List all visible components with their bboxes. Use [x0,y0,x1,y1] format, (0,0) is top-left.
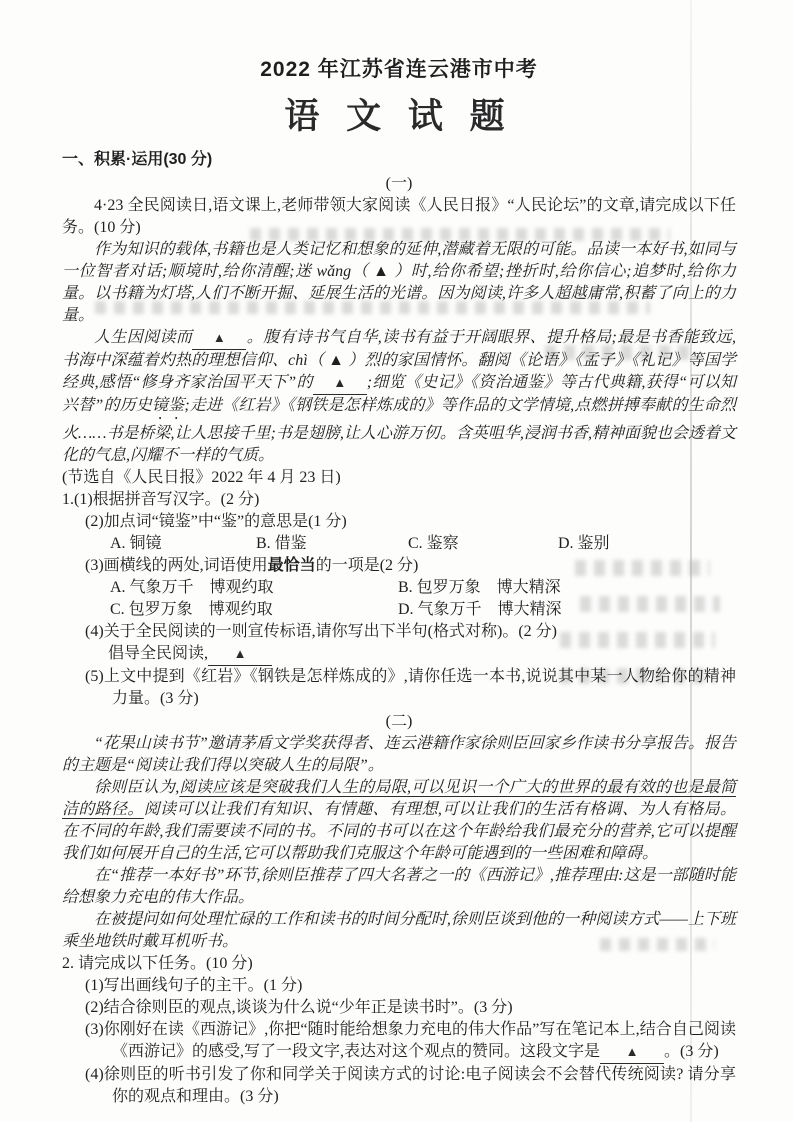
part-two-label: (二) [62,710,736,733]
passage-text: 人生因阅读而 [94,329,192,346]
passage-paragraph-3: “花果山读书节”邀请茅盾文学奖获得者、连云港籍作家徐则臣回家乡作读书分享报告。报… [62,733,736,777]
option-a: A. 气象万千 博观约取 [110,577,398,599]
question-1-4-text: (4)关于全民阅读的一则宣传标语,请你写出下半句(格式对称)。(2 分) [62,621,736,643]
question-1-2-text: (2)加点词“镜鉴”中“鉴”的意思是(1 分) [62,511,736,533]
option-a: A. 铜镜 [110,533,256,555]
fill-blank-underlined: ▲ [208,643,272,666]
passage-text: 作为知识的载体,书籍也是人类记忆和想象的延伸,潜藏着无限的可能。品读一本好书,如… [62,241,736,324]
part-one-label: (一) [62,172,736,195]
option-c: C. 包罗万象 博观约取 [110,599,398,621]
question-text-bold: 最恰当 [268,557,316,574]
question-1-2-options: A. 铜镜 B. 借鉴 C. 鉴察 D. 鉴别 [62,533,736,555]
slogan-first-half: 倡导全民阅读, [108,645,208,662]
question-1-4-slogan-stem: 倡导全民阅读,▲ [62,643,736,666]
question-2-3-text: (3)你刚好在读《西游记》,你把“随时能给想象力充电的伟大作品”写在笔记本上,结… [62,1019,736,1064]
passage-text: 在“推荐一本好书”环节,徐则臣推荐了四大名著之一的《西游记》,推荐理由:这是一部… [62,867,736,906]
question-text: 。(3 分) [664,1043,719,1060]
blank-triangle: ▲ [213,330,226,345]
blank-triangle: ▲ [333,375,346,390]
option-d: D. 鉴别 [558,533,736,555]
passage-paragraph-1: 作为知识的载体,书籍也是人类记忆和想象的延伸,潜藏着无限的可能。品读一本好书,如… [62,239,736,327]
question-text: (3)画横线的两处,词语使用 [85,557,268,574]
passage-paragraph-4: 徐则臣认为,阅读应该是突破我们人生的局限,可以见识一个广大的世界的最有效的也是最… [62,777,736,865]
page-content: 2022 年江苏省连云港市中考 语 文 试 题 一、积累·运用(30 分) (一… [62,56,736,1108]
passage-text: 在被提问如何处理忙碌的工作和读书的时间分配时,徐则臣谈到他的一种阅读方式——上下… [62,911,736,950]
section-one-heading: 一、积累·运用(30 分) [62,148,736,172]
question-2-2-text: (2)结合徐则臣的观点,谈谈为什么说“少年正是读书时”。(3 分) [62,997,736,1019]
question-2-line-1: 2. 请完成以下任务。(10 分) [62,953,736,975]
passage-text: “花果山读书节”邀请茅盾文学奖获得者、连云港籍作家徐则臣回家乡作读书分享报告。报… [62,735,736,774]
question-1-3-text: (3)画横线的两处,词语使用最恰当的一项是(2 分) [62,555,736,577]
exam-paper-page: 2022 年江苏省连云港市中考 语 文 试 题 一、积累·运用(30 分) (一… [0,0,794,1122]
question-text: 的一项是(2 分) [316,557,419,574]
question-1-5-text: (5)上文中提到《红岩》《钢铁是怎样炼成的》,请你任选一本书,说说其中某一人物给… [62,666,736,710]
emphasis-dotted-word: 镜鉴 [152,397,184,414]
option-c: C. 鉴察 [408,533,558,555]
exam-title: 2022 年江苏省连云港市中考 [62,56,736,84]
question-1-3-options-row-1: A. 气象万千 博观约取 B. 包罗万象 博大精深 [62,577,736,599]
passage-paragraph-5: 在“推荐一本好书”环节,徐则臣推荐了四大名著之一的《西游记》,推荐理由:这是一部… [62,865,736,909]
blank-triangle: ▲ [234,646,247,661]
subject-title: 语 文 试 题 [62,94,736,140]
fill-blank-underlined: ▲ [192,327,246,350]
passage-paragraph-6: 在被提问如何处理忙碌的工作和读书的时间分配时,徐则臣谈到他的一种阅读方式——上下… [62,909,736,953]
part-one-intro: 4·23 全民阅读日,语文课上,老师带领大家阅读《人民日报》“人民论坛”的文章,… [62,195,736,239]
question-1-line-1: 1.(1)根据拼音写汉字。(2 分) [62,489,736,511]
question-1-3-options-row-2: C. 包罗万象 博观约取 D. 气象万千 博大精深 [62,599,736,621]
passage-text: 徐则臣认为, [94,779,179,796]
fill-blank-underlined: ▲ [313,372,367,395]
blank-triangle: ▲ [626,1044,639,1059]
fill-blank-underlined: ▲ [600,1041,664,1064]
question-2-1-text: (1)写出画线句子的主干。(1 分) [62,975,736,997]
passage-text: 阅读可以让我们有知识、有情趣、有理想,可以让我们的生活有格调、为人有格局。在不同… [62,801,736,862]
question-2-4-text: (4)徐则臣的听书引发了你和同学关于阅读方式的讨论:电子阅读会不会替代传统阅读?… [62,1064,736,1108]
passage-paragraph-2: 人生因阅读而▲。腹有诗书气自华,读书有益于开阔眼界、提升格局;最是书香能致远,书… [62,327,736,467]
source-attribution: (节选自《人民日报》2022 年 4 月 23 日) [62,467,736,489]
option-b: B. 借鉴 [256,533,408,555]
option-d: D. 气象万千 博大精深 [398,599,736,621]
option-b: B. 包罗万象 博大精深 [398,577,736,599]
